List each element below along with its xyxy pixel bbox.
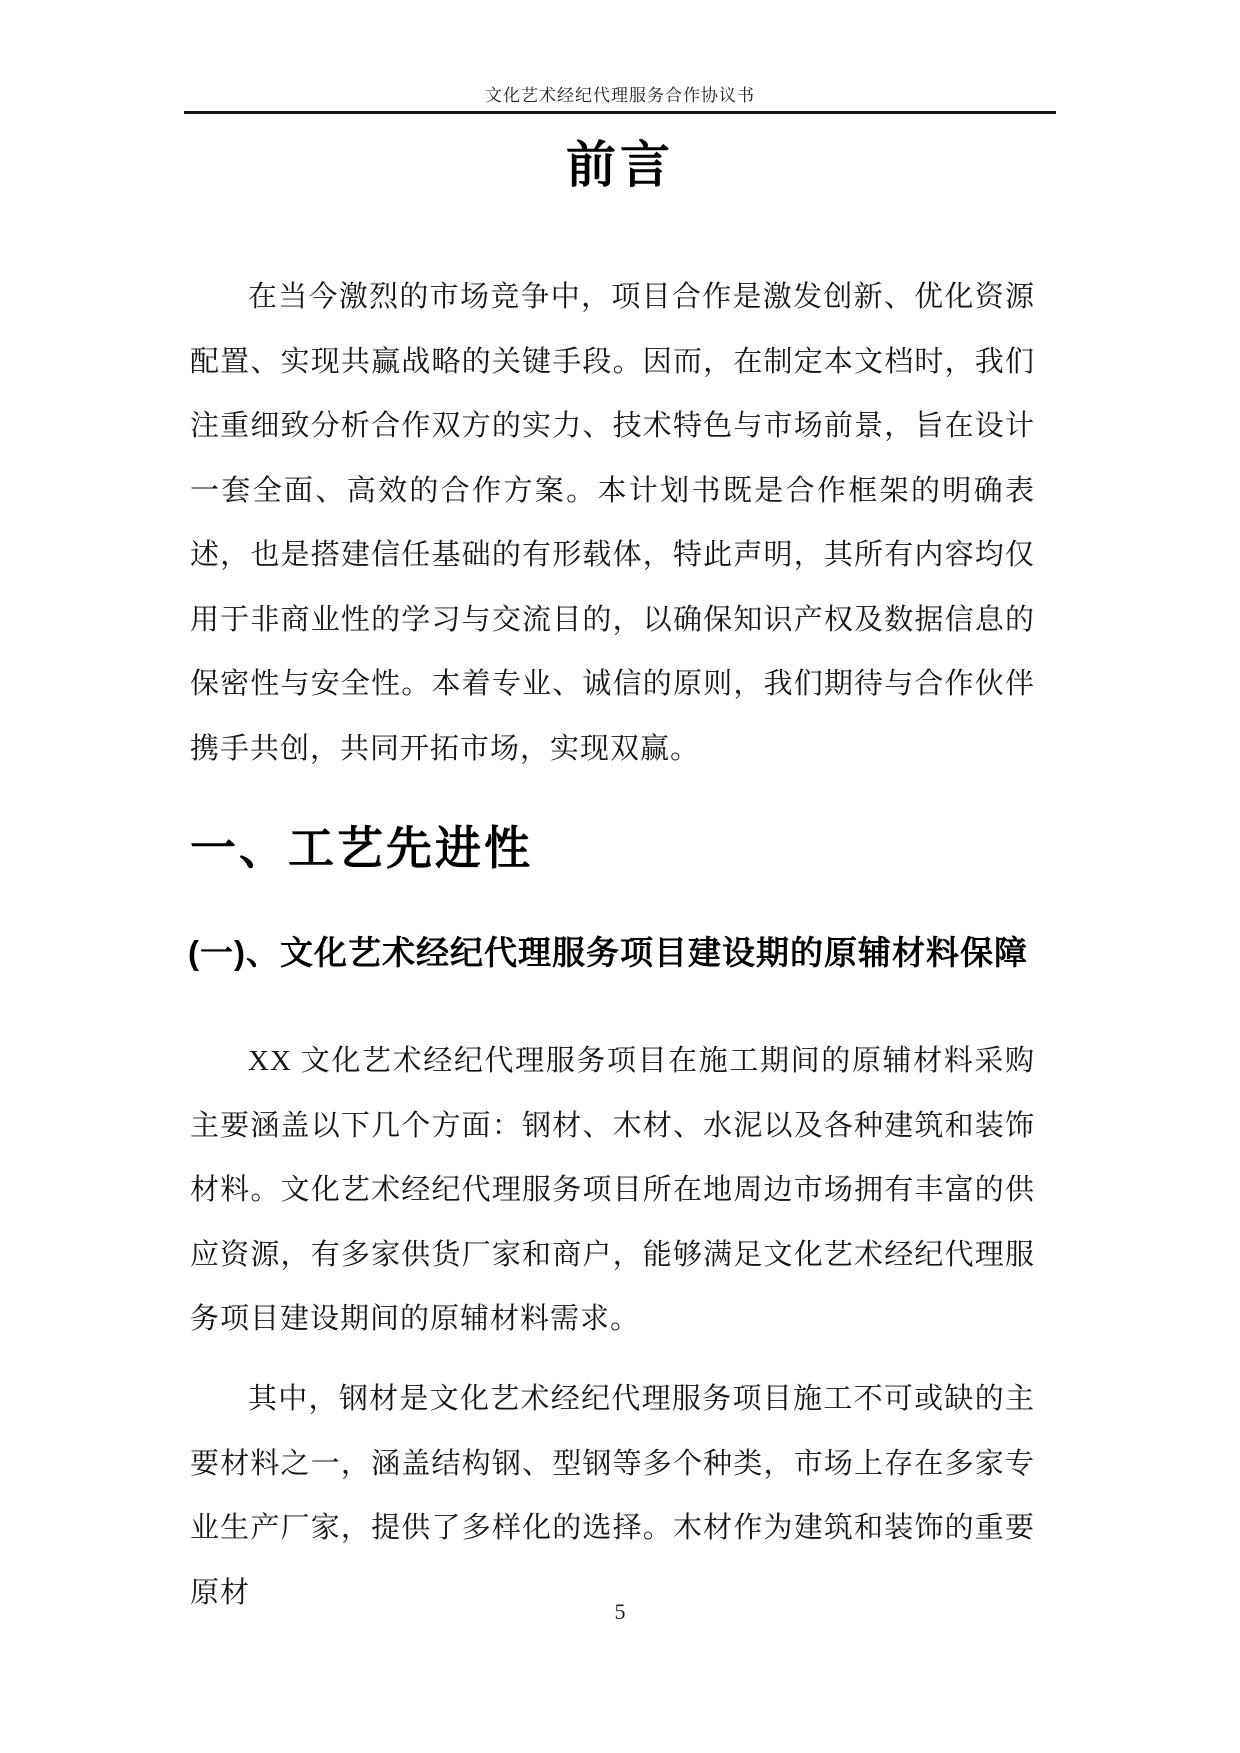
doc-title: 前言 [0, 134, 1240, 196]
document-page: 文化艺术经纪代理服务合作协议书 前言 在当今激烈的市场竞争中，项目合作是激发创新… [0, 0, 1240, 1753]
page-footer: 5 [0, 1598, 1240, 1626]
section-1-heading: 一、工艺先进性 [190, 818, 1060, 878]
page-header-title: 文化艺术经纪代理服务合作协议书 [0, 84, 1240, 108]
page-number: 5 [615, 1599, 626, 1624]
subsection-1-paragraph-2: 其中，钢材是文化艺术经纪代理服务项目施工不可或缺的主要材料之一，涵盖结构钢、型钢… [190, 1367, 1035, 1625]
subsection-1-paragraph-1: XX 文化艺术经纪代理服务项目在施工期间的原辅材料采购主要涵盖以下几个方面：钢材… [190, 1029, 1035, 1352]
intro-paragraph: 在当今激烈的市场竞争中，项目合作是激发创新、优化资源配置、实现共赢战略的关键手段… [190, 265, 1035, 781]
page-header-rule [184, 111, 1056, 114]
subsection-1-heading: (一)、文化艺术经纪代理服务项目建设期的原辅材料保障 [188, 930, 1078, 976]
